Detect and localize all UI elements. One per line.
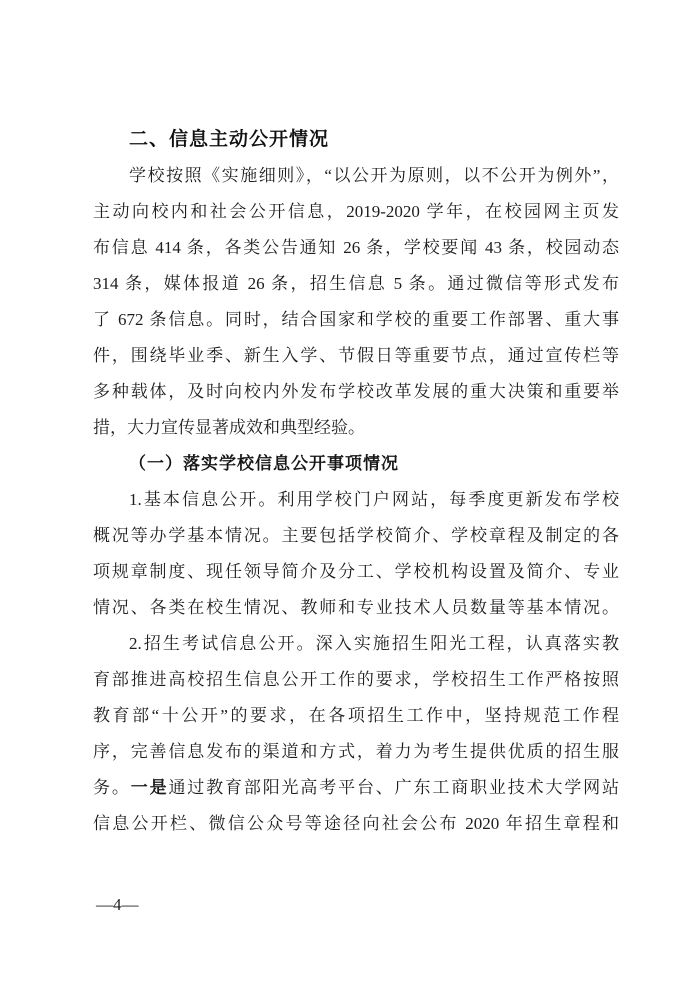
paragraph-line: 概况等办学基本情况。主要包括学校简介、学校章程及制定的各 bbox=[93, 518, 619, 554]
paragraph-line: 主动向校内和社会公开信息，2019-2020 学年，在校园网主页发 bbox=[93, 194, 619, 230]
paragraph-line: 1.基本信息公开。利用学校门户网站，每季度更新发布学校 bbox=[93, 482, 619, 518]
document-page: 二、信息主动公开情况 学校按照《实施细则》，“以公开为原则，以不公开为例外”， … bbox=[0, 0, 700, 990]
paragraph-line: 教育部“十公开”的要求，在各项招生工作中，坚持规范工作程 bbox=[93, 698, 619, 734]
page-number: —4— bbox=[96, 893, 139, 917]
paragraph-line: 序，完善信息发布的渠道和方式，着力为考生提供优质的招生服 bbox=[93, 734, 619, 770]
paragraph-line: 件，围绕毕业季、新生入学、节假日等重要节点，通过宣传栏等 bbox=[93, 338, 619, 374]
paragraph-line: 务。一是通过教育部阳光高考平台、广东工商职业技术大学网站 bbox=[93, 770, 619, 806]
paragraph-line: 布信息 414 条，各类公告通知 26 条，学校要闻 43 条，校园动态 bbox=[93, 230, 619, 266]
section-heading: 二、信息主动公开情况 bbox=[93, 122, 619, 158]
paragraph-line: 学校按照《实施细则》，“以公开为原则，以不公开为例外”， bbox=[93, 158, 619, 194]
paragraph-line: 314 条，媒体报道 26 条，招生信息 5 条。通过微信等形式发布 bbox=[93, 266, 619, 302]
paragraph-line: 情况、各类在校生情况、教师和专业技术人员数量等基本情况。 bbox=[93, 590, 619, 626]
paragraph-line: 了 672 条信息。同时，结合国家和学校的重要工作部署、重大事 bbox=[93, 302, 619, 338]
document-body: 二、信息主动公开情况 学校按照《实施细则》，“以公开为原则，以不公开为例外”， … bbox=[93, 122, 619, 842]
line-text: 通过教育部阳光高考平台、广东工商职业技术大学网站 bbox=[168, 778, 619, 797]
paragraph-line: 信息公开栏、微信公众号等途径向社会公布 2020 年招生章程和 bbox=[93, 806, 619, 842]
paragraph-line: 项规章制度、现任领导简介及分工、学校机构设置及简介、专业 bbox=[93, 554, 619, 590]
paragraph-line: 育部推进高校招生信息公开工作的要求，学校招生工作严格按照 bbox=[93, 662, 619, 698]
paragraph-line: 2.招生考试信息公开。深入实施招生阳光工程，认真落实教 bbox=[93, 626, 619, 662]
line-text: 务。 bbox=[93, 778, 131, 797]
paragraph-line: 多种载体，及时向校内外发布学校改革发展的重大决策和重要举 bbox=[93, 374, 619, 410]
paragraph-line: 措，大力宣传显著成效和典型经验。 bbox=[93, 410, 619, 446]
bold-emphasis: 一是 bbox=[131, 778, 169, 797]
subsection-heading: （一）落实学校信息公开事项情况 bbox=[93, 446, 619, 482]
